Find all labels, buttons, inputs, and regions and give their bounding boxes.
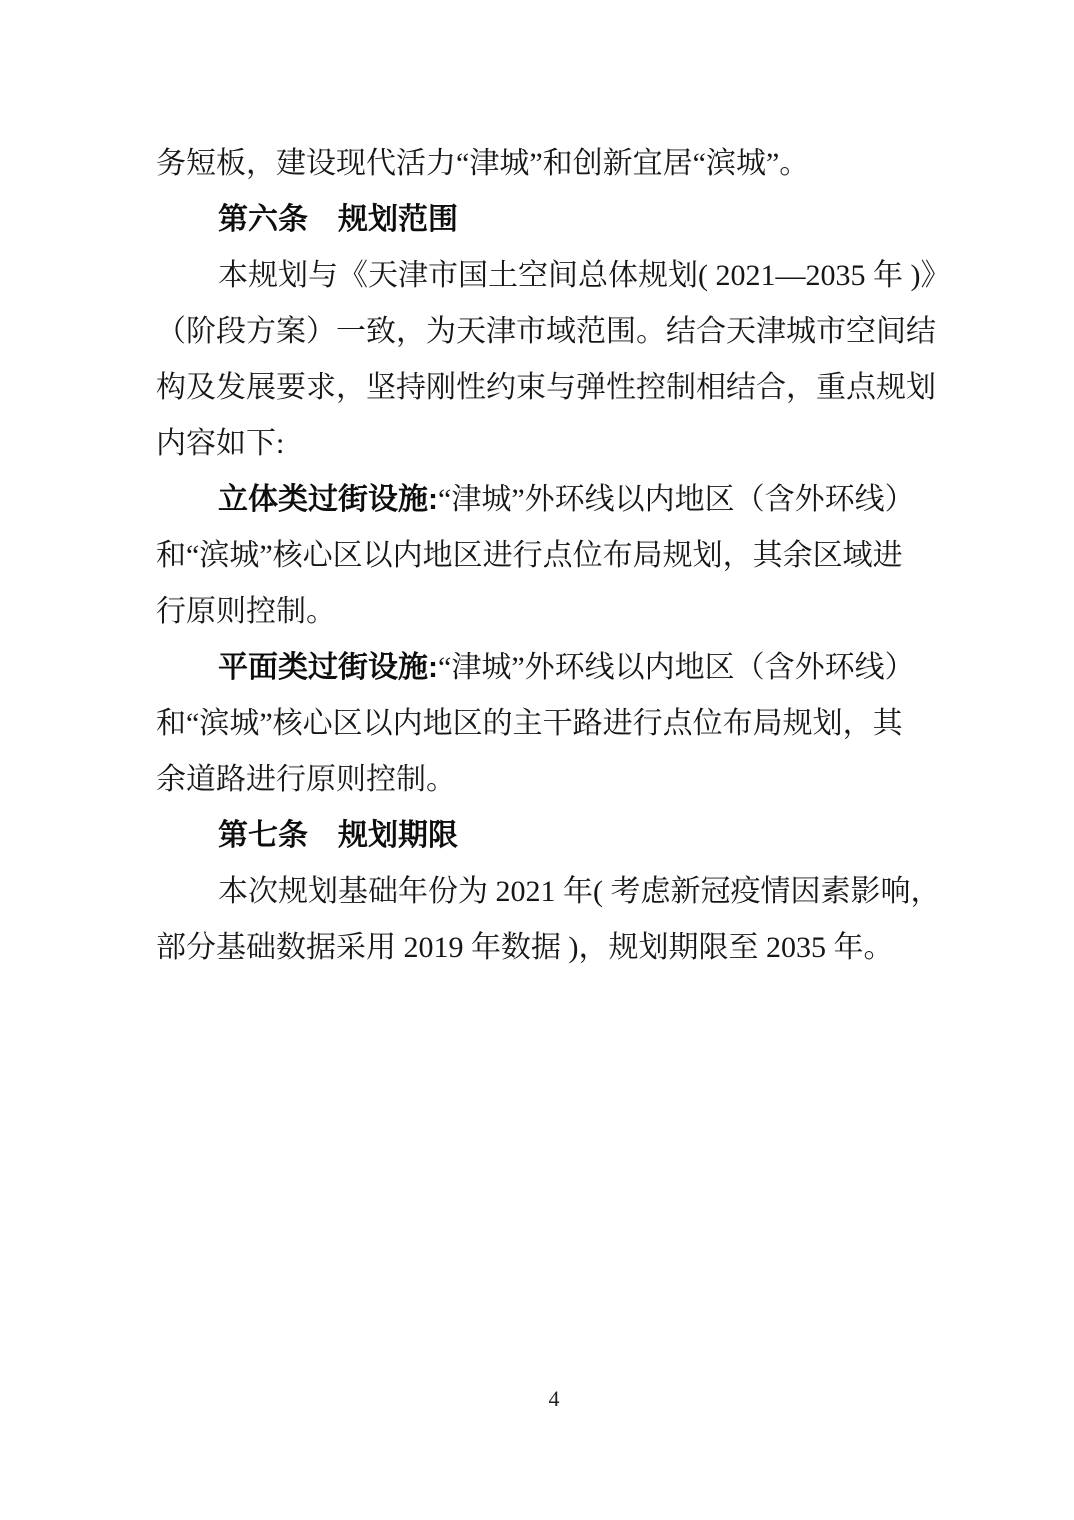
paragraph-line: 和“滨城”核心区以内地区的主干路进行点位布局规划，其 [156,696,908,752]
paragraph-line: 行原则控制。 [156,584,908,640]
paragraph-line: （阶段方案）一致，为天津市域范围。结合天津城市空间结 [156,304,908,360]
paragraph-line: 构及发展要求，坚持刚性约束与弹性控制相结合，重点规划 [156,360,908,416]
paragraph-line: 和“滨城”核心区以内地区进行点位布局规划，其余区域进 [156,528,908,584]
paragraph-line: 平面类过街设施:“津城”外环线以内地区（含外环线） [156,640,908,696]
term-lead-at-grade-crossing: 平面类过街设施: [218,651,438,684]
term-text: “津城”外环线以内地区（含外环线） [438,651,915,684]
text-block: 务短板，建设现代活力“津城”和创新宜居“滨城”。 第六条 规划范围 本规划与《天… [156,136,908,976]
paragraph-line: 本规划与《天津市国土空间总体规划( 2021—2035 年 )》 [156,248,908,304]
document-page: 务短板，建设现代活力“津城”和创新宜居“滨城”。 第六条 规划范围 本规划与《天… [0,0,1074,1520]
paragraph-line: 本次规划基础年份为 2021 年( 考虑新冠疫情因素影响， [156,864,908,920]
paragraph-line: 余道路进行原则控制。 [156,752,908,808]
term-text: “津城”外环线以内地区（含外环线） [438,483,915,516]
paragraph-line: 务短板，建设现代活力“津城”和创新宜居“滨城”。 [156,136,908,192]
paragraph-line: 内容如下: [156,416,908,472]
page-number: 4 [17,1384,1074,1414]
article-heading-7: 第七条 规划期限 [156,808,908,864]
article-heading-6: 第六条 规划范围 [156,192,908,248]
paragraph-line: 立体类过街设施:“津城”外环线以内地区（含外环线） [156,472,908,528]
term-lead-elevated-crossing: 立体类过街设施: [218,483,438,516]
paragraph-line: 部分基础数据采用 2019 年数据 )，规划期限至 2035 年。 [156,920,908,976]
